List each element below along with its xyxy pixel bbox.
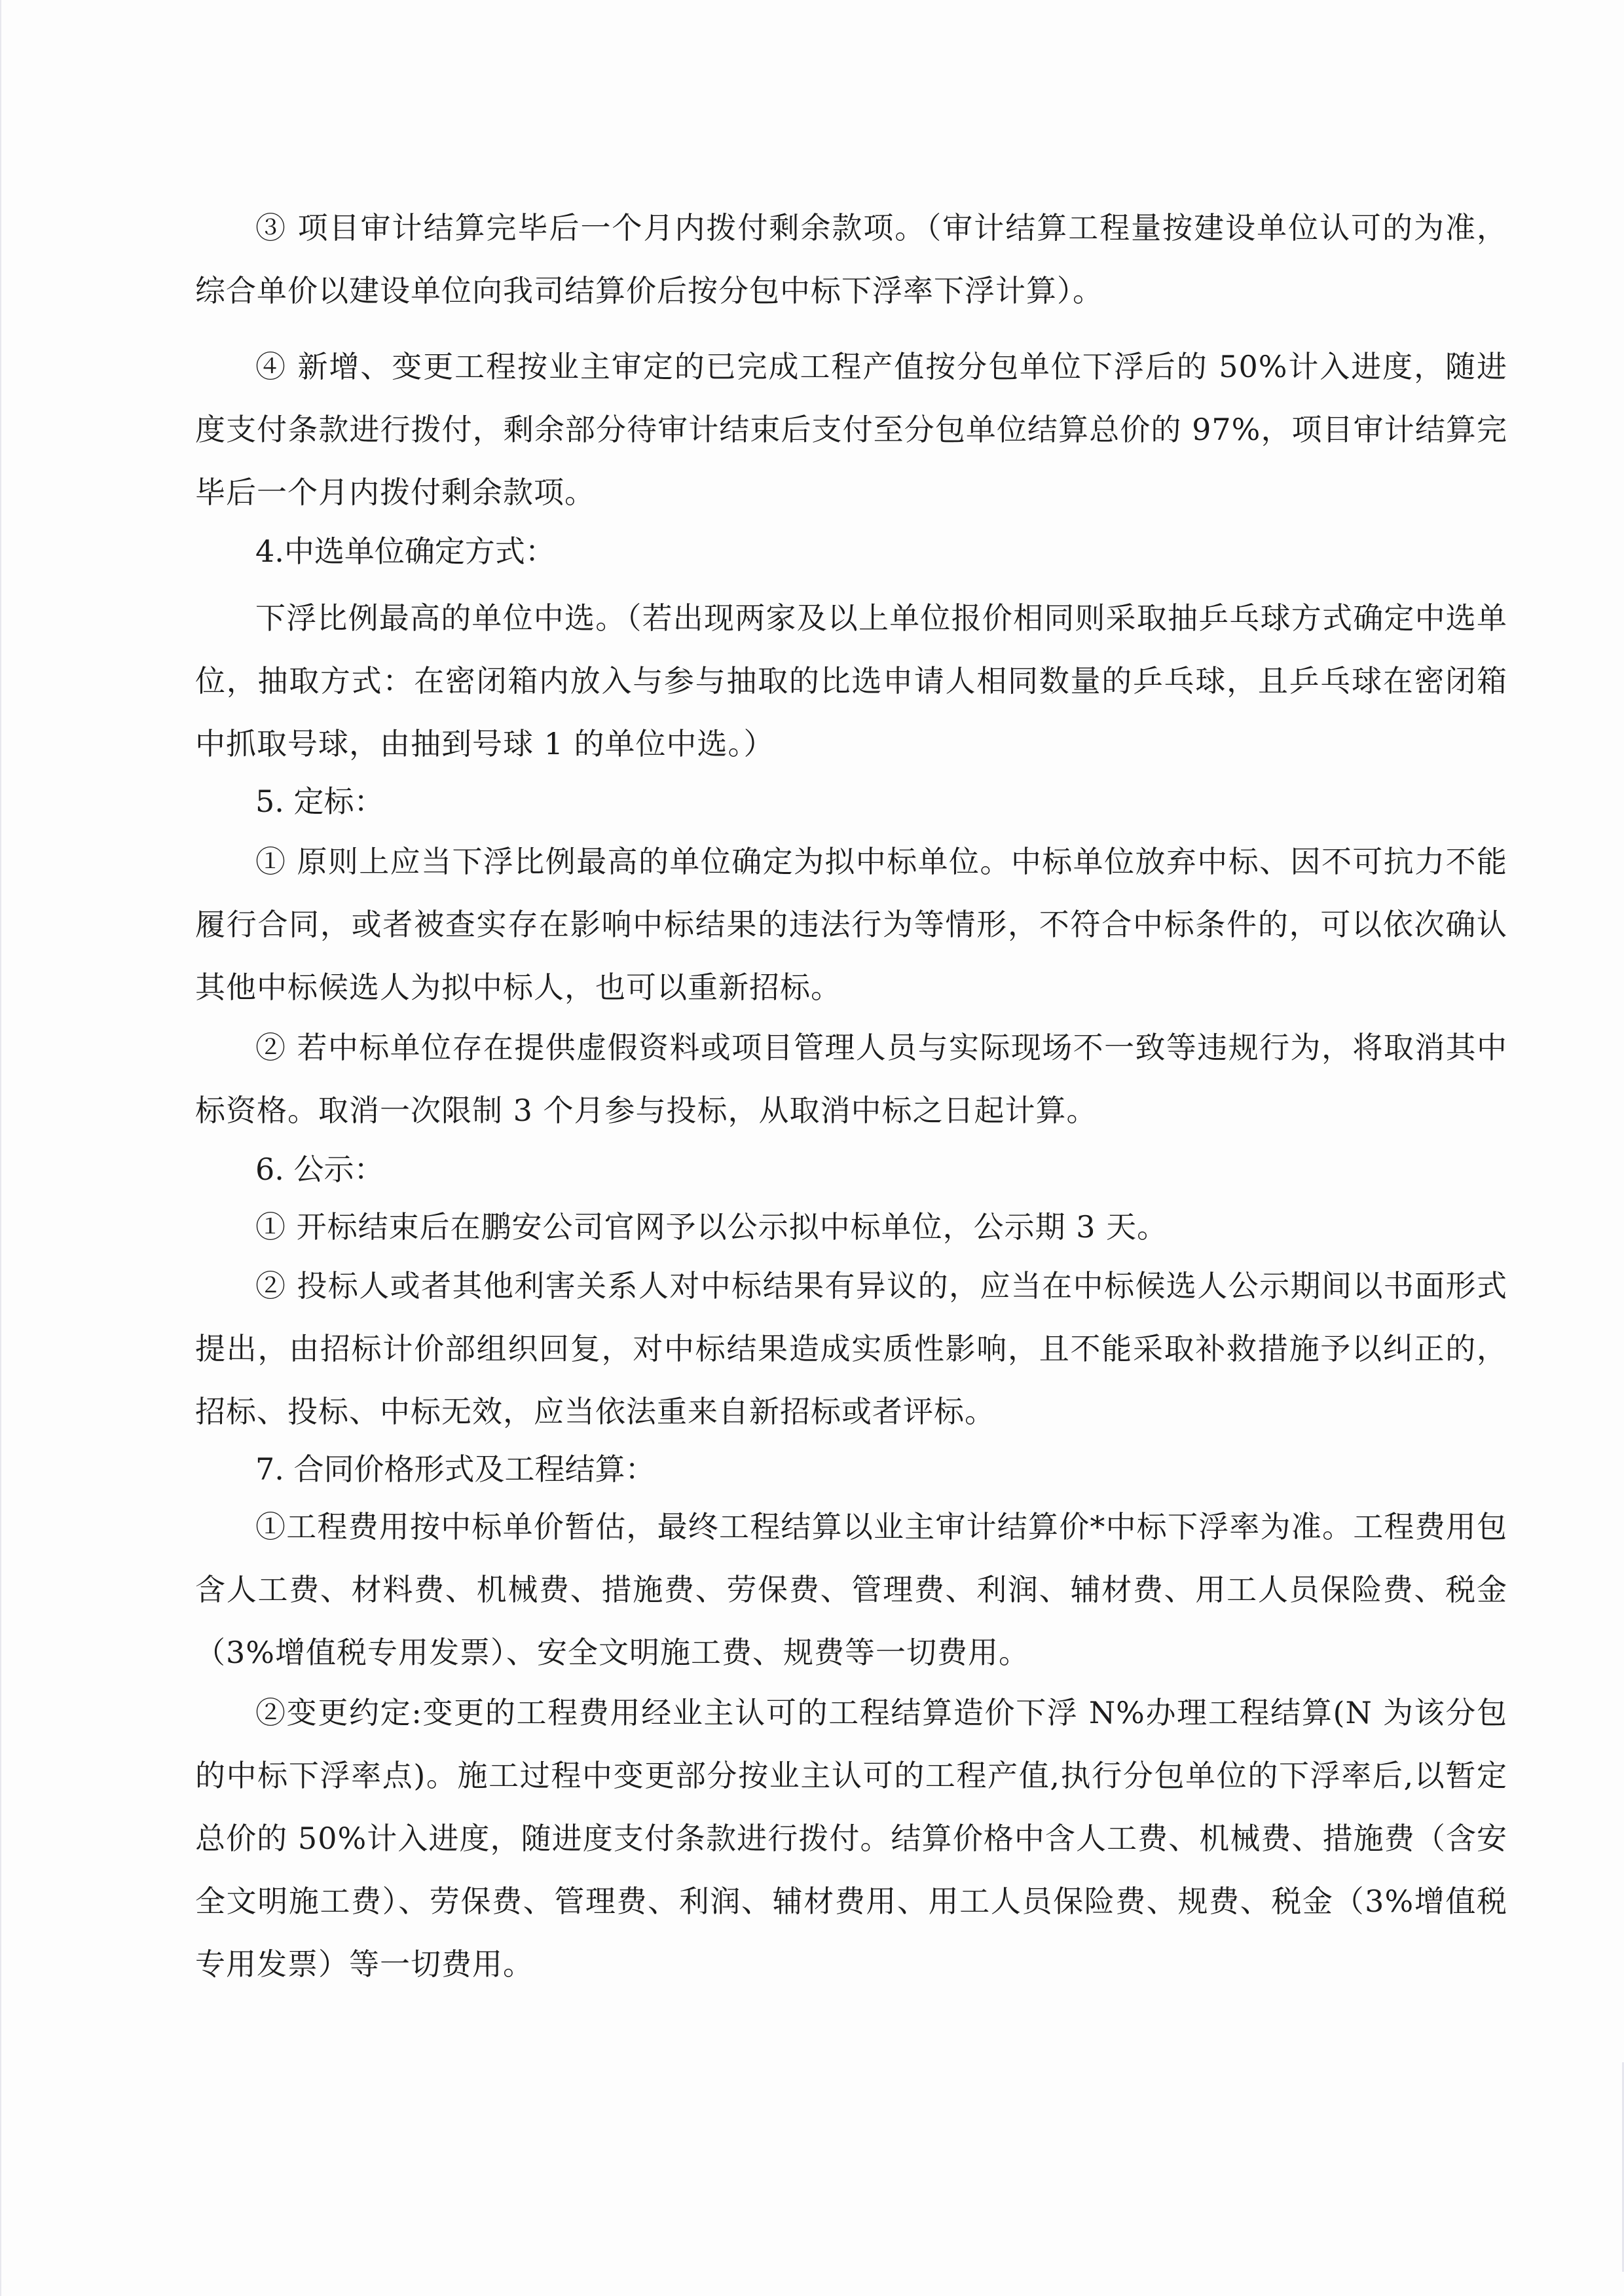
section-4-heading: 4.中选单位确定方式： — [195, 520, 1507, 583]
section-5-heading: 5. 定标： — [195, 770, 1507, 833]
section-6-item-2: ② 投标人或者其他利害关系人对中标结果有异议的，应当在中标候选人公示期间以书面形… — [195, 1254, 1507, 1443]
section-4-body: 下浮比例最高的单位中选。（若出现两家及以上单位报价相同则采取抽乒乓球方式确定中选… — [195, 587, 1507, 775]
clause-payment-3: ③ 项目审计结算完毕后一个月内拨付剩余款项。（审计结算工程量按建设单位认可的为准… — [195, 196, 1507, 322]
section-6-heading: 6. 公示： — [195, 1138, 1507, 1201]
section-7-item-2: ②变更约定:变更的工程费用经业主认可的工程结算造价下浮 N%办理工程结算(N 为… — [195, 1681, 1507, 1995]
section-7-item-1: ①工程费用按中标单价暂估，最终工程结算以业主审计结算价*中标下浮率为准。工程费用… — [195, 1495, 1507, 1684]
section-5-item-1: ① 原则上应当下浮比例最高的单位确定为拟中标单位。中标单位放弃中标、因不可抗力不… — [195, 830, 1507, 1019]
document-page: ③ 项目审计结算完毕后一个月内拨付剩余款项。（审计结算工程量按建设单位认可的为准… — [195, 196, 1507, 1995]
clause-payment-4: ④ 新增、变更工程按业主审定的已完成工程产值按分包单位下浮后的 50%计入进度，… — [195, 335, 1507, 524]
scan-edge — [0, 0, 1, 2296]
section-5-item-2: ② 若中标单位存在提供虚假资料或项目管理人员与实际现场不一致等违规行为，将取消其… — [195, 1016, 1507, 1142]
section-6-item-1: ① 开标结束后在鹏安公司官网予以公示拟中标单位，公示期 3 天。 — [195, 1195, 1507, 1258]
section-7-heading: 7. 合同价格形式及工程结算： — [195, 1438, 1507, 1501]
